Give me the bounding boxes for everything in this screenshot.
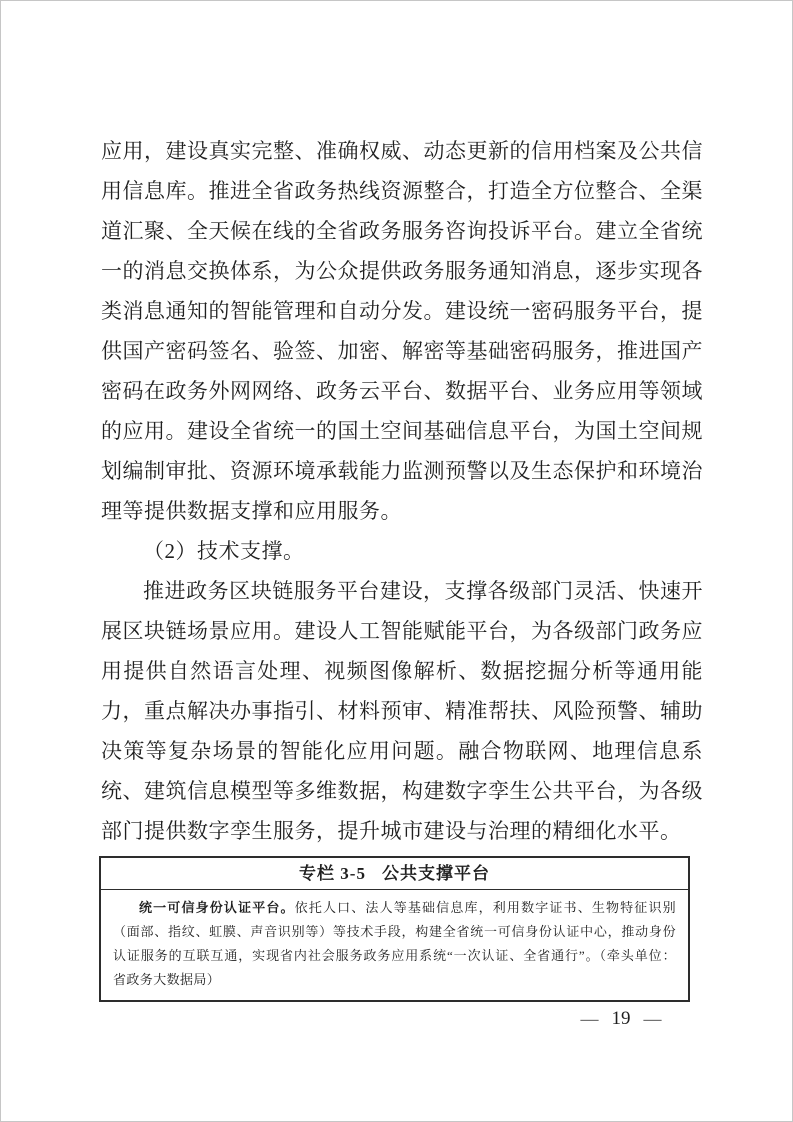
page-number: — 19 — bbox=[559, 1006, 683, 1032]
callout-box-line-end: 省政务大数据局） bbox=[113, 968, 676, 992]
body-line: 用信息库。推进全省政务热线资源整合，打造全方位整合、全渠 bbox=[101, 171, 703, 211]
callout-box-line: 统一可信身份认证平台。依托人口、法人等基础信息库，利用数字证书、生物特征识别 bbox=[113, 896, 676, 920]
body-line: 的应用。建设全省统一的国土空间基础信息平台，为国土空间规 bbox=[101, 411, 703, 451]
page-number-dash-left: — bbox=[581, 1011, 599, 1028]
body-line: 用提供自然语言处理、视频图像解析、数据挖掘分析等通用能 bbox=[101, 651, 703, 691]
body-line: 划编制审批、资源环境承载能力监测预警以及生态保护和环境治 bbox=[101, 451, 703, 491]
callout-box-title-tag: 专栏 3-5 bbox=[299, 864, 366, 883]
body-line: 应用，建设真实完整、准确权威、动态更新的信用档案及公共信 bbox=[101, 131, 703, 171]
body-line-paragraph-end: 部门提供数字孪生服务，提升城市建设与治理的精细化水平。 bbox=[101, 811, 703, 851]
body-line: 道汇聚、全天候在线的全省政务服务咨询投诉平台。建立全省统 bbox=[101, 211, 703, 251]
body-text: 应用，建设真实完整、准确权威、动态更新的信用档案及公共信 用信息库。推进全省政务… bbox=[101, 131, 703, 851]
callout-box-line-text: 依托人口、法人等基础信息库，利用数字证书、生物特征识别 bbox=[295, 900, 676, 915]
callout-box-title-text: 公共支撑平台 bbox=[382, 864, 490, 883]
body-line: 密码在政务外网网络、政务云平台、数据平台、业务应用等领域 bbox=[101, 371, 703, 411]
callout-box-body: 统一可信身份认证平台。依托人口、法人等基础信息库，利用数字证书、生物特征识别 （… bbox=[101, 890, 688, 1000]
callout-box-column-3-5: 专栏 3-5公共支撑平台 统一可信身份认证平台。依托人口、法人等基础信息库，利用… bbox=[99, 856, 690, 1002]
document-page: 应用，建设真实完整、准确权威、动态更新的信用档案及公共信 用信息库。推进全省政务… bbox=[0, 0, 793, 1122]
page-number-dash-right: — bbox=[644, 1011, 662, 1028]
callout-box-lead: 统一可信身份认证平台。 bbox=[139, 900, 295, 915]
body-line-paragraph-start: 推进政务区块链服务平台建设，支撑各级部门灵活、快速开 bbox=[101, 571, 703, 611]
body-line: 供国产密码签名、验签、加密、解密等基础密码服务，推进国产 bbox=[101, 331, 703, 371]
callout-box-title: 专栏 3-5公共支撑平台 bbox=[101, 858, 688, 890]
body-line: 类消息通知的智能管理和自动分发。建设统一密码服务平台，提 bbox=[101, 291, 703, 331]
callout-box-line: 认证服务的互联互通，实现省内社会服务政务应用系统“一次认证、全省通行”。（牵头单… bbox=[113, 944, 676, 968]
body-line-subheading: （2）技术支撑。 bbox=[101, 531, 703, 571]
body-line: 一的消息交换体系，为公众提供政务服务通知消息，逐步实现各 bbox=[101, 251, 703, 291]
body-line: 决策等复杂场景的智能化应用问题。融合物联网、地理信息系 bbox=[101, 731, 703, 771]
callout-box-line: （面部、指纹、虹膜、声音识别等）等技术手段，构建全省统一可信身份认证中心，推动身… bbox=[113, 920, 676, 944]
body-line: 统、建筑信息模型等多维数据，构建数字孪生公共平台，为各级 bbox=[101, 771, 703, 811]
body-line-paragraph-end: 理等提供数据支撑和应用服务。 bbox=[101, 491, 703, 531]
page-number-value: 19 bbox=[612, 1008, 631, 1030]
body-line: 展区块链场景应用。建设人工智能赋能平台，为各级部门政务应 bbox=[101, 611, 703, 651]
body-line: 力，重点解决办事指引、材料预审、精准帮扶、风险预警、辅助 bbox=[101, 691, 703, 731]
